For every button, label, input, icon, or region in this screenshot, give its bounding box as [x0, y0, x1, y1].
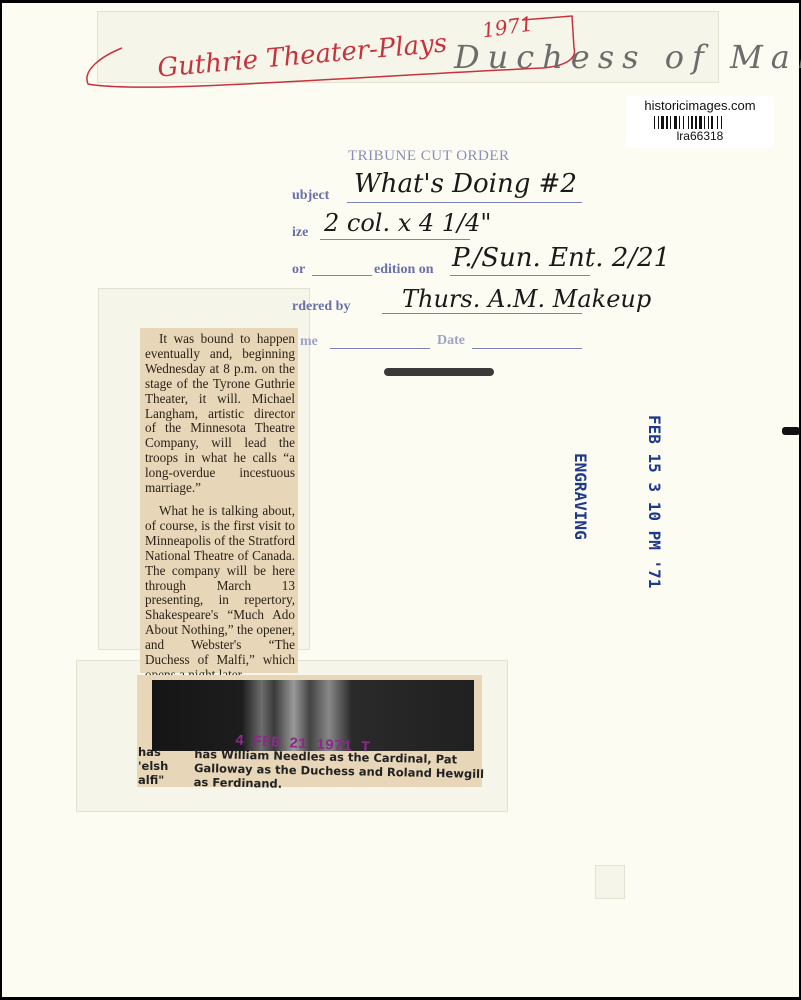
subject-label: ubject [292, 188, 329, 204]
edition-value: P./Sun. Ent. 2/21 [452, 243, 670, 273]
struck-dept [384, 368, 494, 376]
subject-value: What's Doing #2 [354, 169, 577, 199]
size-label: ize [292, 225, 308, 241]
time-label: me [300, 334, 318, 350]
form-title: TRIBUNE CUT ORDER [348, 148, 510, 165]
received-stamp: FEB 15 3 10 PM '71 [645, 415, 664, 588]
for-label: or [292, 262, 305, 278]
edge-mark [782, 427, 800, 435]
date-line [472, 348, 582, 349]
ordered-by-value: Thurs. A.M. Makeup [402, 285, 651, 313]
subject-line [347, 202, 582, 203]
ordered-by-label: rdered by [292, 299, 350, 315]
ordered-by-line [382, 313, 582, 314]
for-line [312, 275, 372, 276]
edition-line [450, 275, 590, 276]
article-paragraph-1: It was bound to happen eventually and, b… [145, 332, 295, 496]
edition-label: edition on [374, 262, 434, 278]
date-label: Date [437, 333, 465, 349]
size-line [320, 239, 470, 240]
article-clipping: It was bound to happen eventually and, b… [140, 328, 298, 673]
barcode-icon [654, 116, 772, 129]
photo-back-sheet: Guthrie Theater-Plays 1971 Duchess of Ma… [2, 3, 799, 997]
engraving-stamp: ENGRAVING [571, 453, 590, 540]
time-line [330, 348, 430, 349]
archive-label: historicimages.com lra66318 [626, 96, 774, 148]
pencil-title: Duchess of Malfi [454, 38, 801, 76]
archive-site: historicimages.com [626, 98, 774, 113]
article-text: It was bound to happen eventually and, b… [140, 328, 298, 683]
tape-corner [595, 865, 625, 899]
article-paragraph-2: What he is talking about, of course, is … [145, 504, 295, 683]
size-value: 2 col. x 4 1/4" [324, 209, 491, 237]
caption-fragment: has 'elsh alfi" [138, 745, 168, 787]
archive-id: lra66318 [626, 129, 774, 143]
